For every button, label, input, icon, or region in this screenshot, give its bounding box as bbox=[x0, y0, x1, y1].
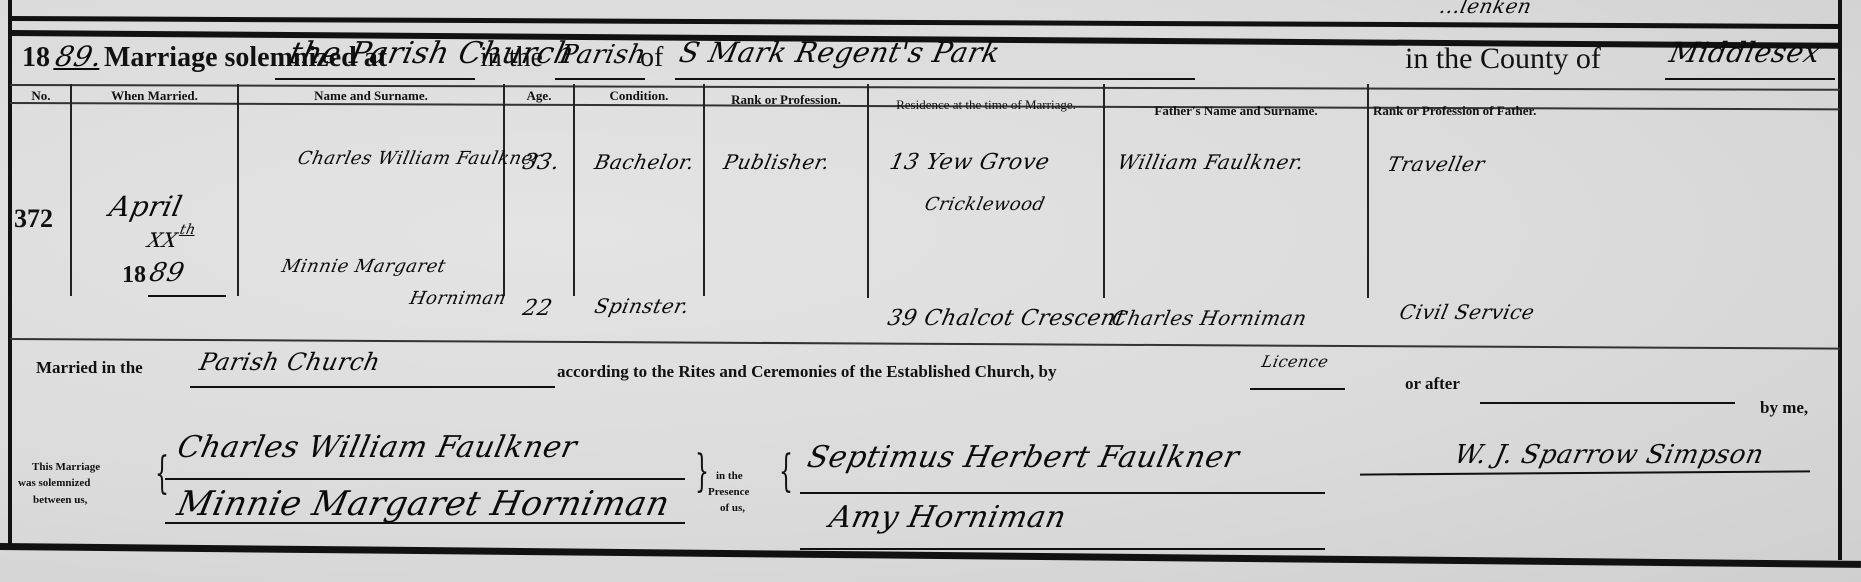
rites-label: according to the Rites and Ceremonies of… bbox=[557, 362, 1056, 382]
ceremony-by-handwritten: Licence bbox=[1260, 352, 1330, 371]
year-prefix: 18 bbox=[22, 42, 50, 74]
col-divider-4 bbox=[573, 84, 575, 296]
groom-name: Charles William Faulkner bbox=[296, 148, 544, 169]
witness-brace-icon: { bbox=[779, 446, 793, 497]
header-rank: Rank or Profession. bbox=[705, 92, 867, 108]
of-label: of bbox=[640, 42, 663, 74]
presence-label-line3: of us, bbox=[720, 502, 745, 514]
col-divider-3 bbox=[503, 84, 505, 296]
groom-residence-line2: Cricklewood bbox=[923, 194, 1047, 215]
ceremony-place-handwritten: Parish Church bbox=[197, 348, 383, 376]
right-brace-icon: } bbox=[695, 446, 709, 497]
previous-entry-fragment: ...lenken bbox=[1437, 0, 1534, 18]
bride-condition: Spinster. bbox=[592, 294, 691, 318]
by-me-label: by me, bbox=[1760, 398, 1808, 418]
district-type-underline bbox=[555, 78, 645, 80]
header-no: No. bbox=[12, 88, 70, 104]
top-double-rule-1 bbox=[10, 16, 1840, 29]
register-page: ...lenken 18 89. Marriage solemnized at … bbox=[0, 0, 1861, 582]
solemnized-between-line3: between us, bbox=[33, 494, 87, 506]
witness2-underline bbox=[800, 548, 1325, 550]
col-divider-1 bbox=[70, 84, 72, 296]
ceremony-by-underline bbox=[1250, 388, 1345, 390]
district-type-handwritten: Parish bbox=[557, 40, 649, 70]
bride-signature: Minnie Margaret Horniman bbox=[174, 484, 674, 524]
when-married-year-prefix: 18 bbox=[122, 262, 146, 289]
left-brace-icon: { bbox=[155, 448, 169, 499]
county-underline bbox=[1665, 78, 1835, 80]
entry-number: 372 bbox=[14, 204, 53, 234]
header-when-married: When Married. bbox=[72, 88, 237, 104]
bride-signature-underline bbox=[165, 522, 685, 524]
when-married-day: XX bbox=[145, 228, 180, 252]
left-border bbox=[8, 0, 12, 545]
when-married-day-suffix: th bbox=[178, 222, 197, 238]
ceremony-place-underline bbox=[190, 386, 555, 388]
bride-residence: 39 Chalcot Crescent bbox=[885, 306, 1127, 331]
groom-rank: Publisher. bbox=[721, 150, 832, 174]
presence-label-line1: in the bbox=[716, 470, 743, 482]
in-the-label: in the bbox=[480, 42, 543, 74]
when-married-year-hand: 89 bbox=[147, 258, 187, 288]
groom-condition: Bachelor. bbox=[592, 150, 696, 174]
groom-father-name: William Faulkner. bbox=[1115, 150, 1306, 174]
county-label: in the County of bbox=[1405, 42, 1601, 76]
header-father-rank: Rank or Profession of Father. bbox=[1369, 103, 1844, 119]
groom-father-rank: Traveller bbox=[1385, 152, 1487, 176]
right-border bbox=[1838, 0, 1842, 560]
place-underline bbox=[275, 78, 475, 80]
bride-name-line1: Minnie Margaret bbox=[280, 256, 448, 277]
year-handwritten: 89. bbox=[52, 40, 105, 73]
groom-signature: Charles William Faulkner bbox=[174, 430, 580, 465]
presence-label-line2: Presence bbox=[708, 486, 749, 498]
witness1-underline bbox=[800, 492, 1325, 494]
header-name: Name and Surname. bbox=[239, 88, 503, 104]
header-residence: Residence at the time of Marriage. bbox=[869, 97, 1103, 113]
officiant-signature: W. J. Sparrow Simpson bbox=[1452, 440, 1767, 470]
or-after-label: or after bbox=[1405, 374, 1460, 394]
col-divider-2 bbox=[237, 84, 239, 296]
groom-signature-underline bbox=[165, 478, 685, 480]
groom-age: 33. bbox=[520, 150, 562, 175]
witness1-signature: Septimus Herbert Faulkner bbox=[804, 440, 1242, 475]
bride-age: 22 bbox=[520, 296, 554, 321]
married-in-label: Married in the bbox=[36, 358, 143, 378]
header-father-name: Father's Name and Surname. bbox=[1105, 103, 1367, 119]
bride-father-rank: Civil Service bbox=[1397, 300, 1537, 324]
bride-father-name: Charles Horniman bbox=[1109, 306, 1309, 330]
groom-residence-line1: 13 Yew Grove bbox=[887, 150, 1052, 175]
solemnized-between-line1: This Marriage bbox=[32, 461, 100, 473]
col-divider-5 bbox=[703, 84, 705, 296]
district-name-handwritten: S Mark Regent's Park bbox=[676, 36, 1003, 69]
bottom-thick-rule bbox=[0, 543, 1861, 568]
header-condition: Condition. bbox=[575, 88, 703, 104]
witness2-signature: Amy Horniman bbox=[826, 500, 1069, 535]
solemnized-between-line2: was solemnized bbox=[18, 477, 90, 489]
header-age: Age. bbox=[505, 88, 573, 104]
when-married-year-underline bbox=[148, 295, 226, 297]
when-married-month: April bbox=[106, 190, 185, 223]
col-divider-6 bbox=[867, 84, 869, 298]
or-after-field bbox=[1480, 402, 1735, 404]
district-name-underline bbox=[675, 78, 1195, 80]
officiant-underline bbox=[1360, 470, 1810, 475]
county-handwritten: Middlesex bbox=[1666, 36, 1823, 69]
bride-name-line2: Horniman bbox=[408, 288, 508, 309]
